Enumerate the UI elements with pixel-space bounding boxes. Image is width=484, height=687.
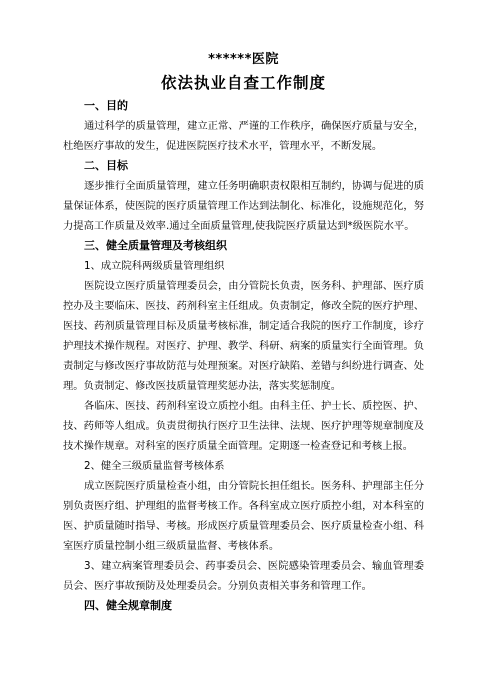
section-heading: 二、目标 <box>63 156 424 176</box>
document-paragraph: 2、健全三级质量监督考核体系 <box>63 456 424 476</box>
section-heading: 四、健全规章制度 <box>63 596 424 616</box>
document-paragraph: 医院设立医疗质量管理委员会，由分管院长负责，医务科、护理部、医疗质控办及主要临床… <box>63 276 424 396</box>
document-paragraph: 成立医院医疗质量检查小组，由分管院长担任组长。医务科、护理部主任分别负责医疗组、… <box>63 476 424 556</box>
document-paragraph: 各临床、医技、药剂科室设立质控小组。由科主任、护士长、质控医、护、技、药师等人组… <box>63 396 424 456</box>
document-body: 一、目的通过科学的质量管理，建立正常、严谨的工作秩序，确保医疗质量与安全，杜绝医… <box>63 96 424 616</box>
document-paragraph: 通过科学的质量管理，建立正常、严谨的工作秩序，确保医疗质量与安全，杜绝医疗事故的… <box>63 116 424 156</box>
section-heading: 三、健全质量管理及考核组织 <box>63 236 424 256</box>
section-heading: 一、目的 <box>63 96 424 116</box>
document-paragraph: 逐步推行全面质量管理，建立任务明确职责权限相互制约，协调与促进的质量保证体系，使… <box>63 176 424 236</box>
document-page: ******医院 依法执业自查工作制度 一、目的通过科学的质量管理，建立正常、严… <box>0 0 484 687</box>
document-paragraph: 1、成立院科两级质量管理组织 <box>63 256 424 276</box>
document-title-main: 依法执业自查工作制度 <box>63 70 424 96</box>
document-paragraph: 3、建立病案管理委员会、药事委员会、医院感染管理委员会、输血管理委员会、医疗事故… <box>63 556 424 596</box>
document-title-hospital: ******医院 <box>63 50 424 70</box>
